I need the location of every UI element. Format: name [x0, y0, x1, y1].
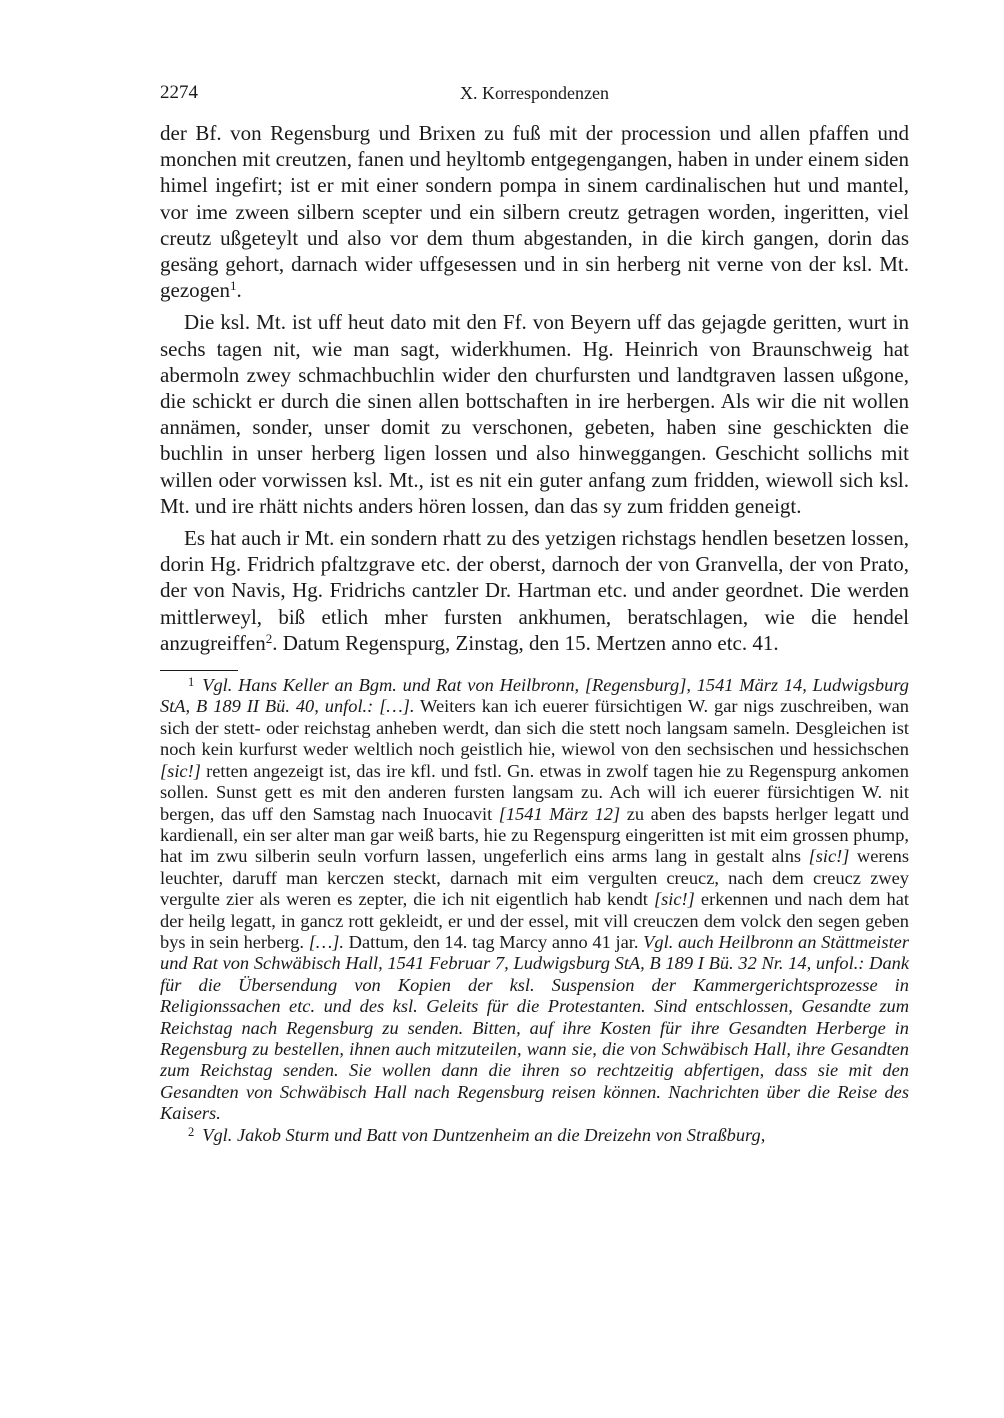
running-head: 2274 X. Korrespondenzen	[160, 78, 909, 108]
paragraph-1-end: .	[236, 278, 241, 302]
footnote-1: 1Vgl. Hans Keller an Bgm. und Rat von He…	[160, 675, 909, 1125]
paragraph-1-text: der Bf. von Regensburg und Brixen zu fuß…	[160, 121, 909, 302]
section-title: X. Korrespondenzen	[160, 78, 909, 108]
footnotes: 1Vgl. Hans Keller an Bgm. und Rat von He…	[160, 675, 909, 1146]
paragraph-2: Die ksl. Mt. ist uff heut dato mit den F…	[160, 309, 909, 519]
footnote-number-1: 1	[188, 675, 194, 689]
footnote-1-sic-2: [sic!]	[809, 846, 850, 866]
body-text: der Bf. von Regensburg und Brixen zu fuß…	[160, 120, 909, 656]
footnote-2: 2Vgl. Jakob Sturm und Batt von Duntzenhe…	[160, 1125, 909, 1146]
document-page: 2274 X. Korrespondenzen der Bf. von Rege…	[160, 78, 909, 1146]
footnote-1-date-note: [1541 März 12]	[499, 804, 620, 824]
footnote-1-quote-f: Dattum, den 14. tag Marcy anno 41 jar.	[344, 932, 643, 952]
paragraph-3: Es hat auch ir Mt. ein sondern rhatt zu …	[160, 525, 909, 656]
footnote-1-ellipsis: […].	[309, 932, 344, 952]
footnote-1-sic-3: [sic!]	[654, 889, 695, 909]
paragraph-3-end: . Datum Regenspurg, Zinstag, den 15. Mer…	[272, 631, 778, 655]
paragraph-1: der Bf. von Regensburg und Brixen zu fuß…	[160, 120, 909, 303]
footnote-number-2: 2	[188, 1125, 194, 1139]
footnote-1-sic-1: [sic!]	[160, 761, 201, 781]
footnote-2-citation: Vgl. Jakob Sturm und Batt von Duntzenhei…	[202, 1125, 765, 1145]
footnote-1-summary: Vgl. auch Heilbronn an Stättmeister und …	[160, 932, 909, 1123]
footnote-rule	[160, 670, 238, 671]
